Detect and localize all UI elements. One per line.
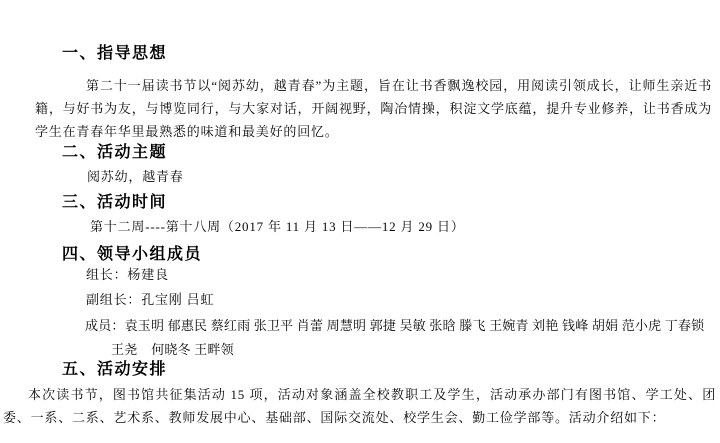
deputy-leader-line: 副组长：孔宝刚 吕虹	[86, 291, 720, 309]
section-heading-leading-group: 四、领导小组成员	[62, 245, 720, 265]
members-line-2: 王尧 何晓冬 王畔领	[111, 338, 720, 362]
section-heading-activity-theme: 二、活动主题	[62, 143, 720, 163]
members-line-1: 成员：袁玉明 郁惠民 蔡红雨 张卫平 肖蕾 周慧明 郭捷 吴敏 张晗 滕飞 王婉…	[85, 314, 720, 338]
section-heading-activity-arrangement: 五、活动安排	[62, 360, 720, 380]
guiding-ideology-paragraph: 第二十一届读书节以“阅苏幼，越青春”为主题，旨在让书香飘逸校园，用阅读引领成长，…	[35, 74, 712, 143]
members-block: 成员：袁玉明 郁惠民 蔡红雨 张卫平 肖蕾 周慧明 郭捷 吴敏 张晗 滕飞 王婉…	[85, 314, 720, 362]
group-leader-line: 组长：杨建良	[86, 266, 720, 284]
section-heading-guiding-ideology: 一、指导思想	[62, 44, 720, 64]
activity-time-text: 第十二周----第十八周（2017 年 11 月 13 日——12 月 29 日…	[90, 218, 720, 236]
section-heading-activity-time: 三、活动时间	[62, 193, 720, 213]
activity-theme-text: 阅苏幼，越青春	[87, 168, 720, 186]
activity-arrangement-paragraph: 本次读书节，图书馆共征集活动 15 项，活动对象涵盖全校教职工及学生，活动承办部…	[3, 383, 716, 429]
document-page: 一、指导思想 第二十一届读书节以“阅苏幼，越青春”为主题，旨在让书香飘逸校园，用…	[0, 0, 720, 443]
